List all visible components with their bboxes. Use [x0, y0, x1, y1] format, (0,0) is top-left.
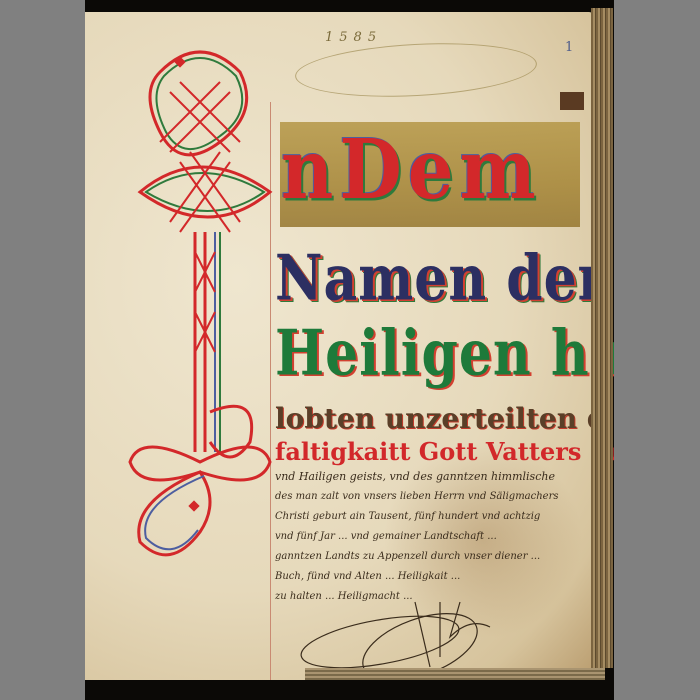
page-tab-marker — [560, 92, 584, 110]
script-line-3: Christi geburt ain Tausent, fünf hundert… — [275, 511, 540, 522]
script-line-4: vnd fünf Jar ... vnd gemainer Landtschaf… — [275, 531, 497, 542]
title-line-2: Namen der — [275, 242, 606, 315]
title-line-4: lobten unzerteilten d — [275, 402, 606, 435]
script-line-6: Buch, fünd vnd Alten ... Heiligkait ... — [275, 571, 460, 582]
page-block-bottom — [305, 668, 605, 680]
manuscript-page: 1585 1 — [85, 12, 593, 680]
title-line-5: faltigkaitt Gott Vatters Su — [275, 437, 614, 466]
page-block-edge — [591, 8, 613, 668]
title-line-1: nDem — [281, 120, 542, 218]
script-line-2: des man zalt von vnsers lieben Herrn vnd… — [275, 491, 559, 502]
script-line-1: vnd Hailigen geists, vnd des ganntzen hi… — [275, 470, 555, 483]
title-line-3: Heiligen hochge — [275, 317, 614, 390]
decorated-initial-i — [120, 32, 280, 572]
script-line-5: ganntzen Landts zu Appenzell durch vnser… — [275, 551, 540, 562]
date-header: 1585 — [325, 30, 382, 45]
top-flourish — [294, 38, 538, 103]
manuscript-photo: 1585 1 — [85, 0, 614, 700]
signature-flourish — [290, 597, 520, 677]
folio-number: 1 — [565, 40, 573, 55]
